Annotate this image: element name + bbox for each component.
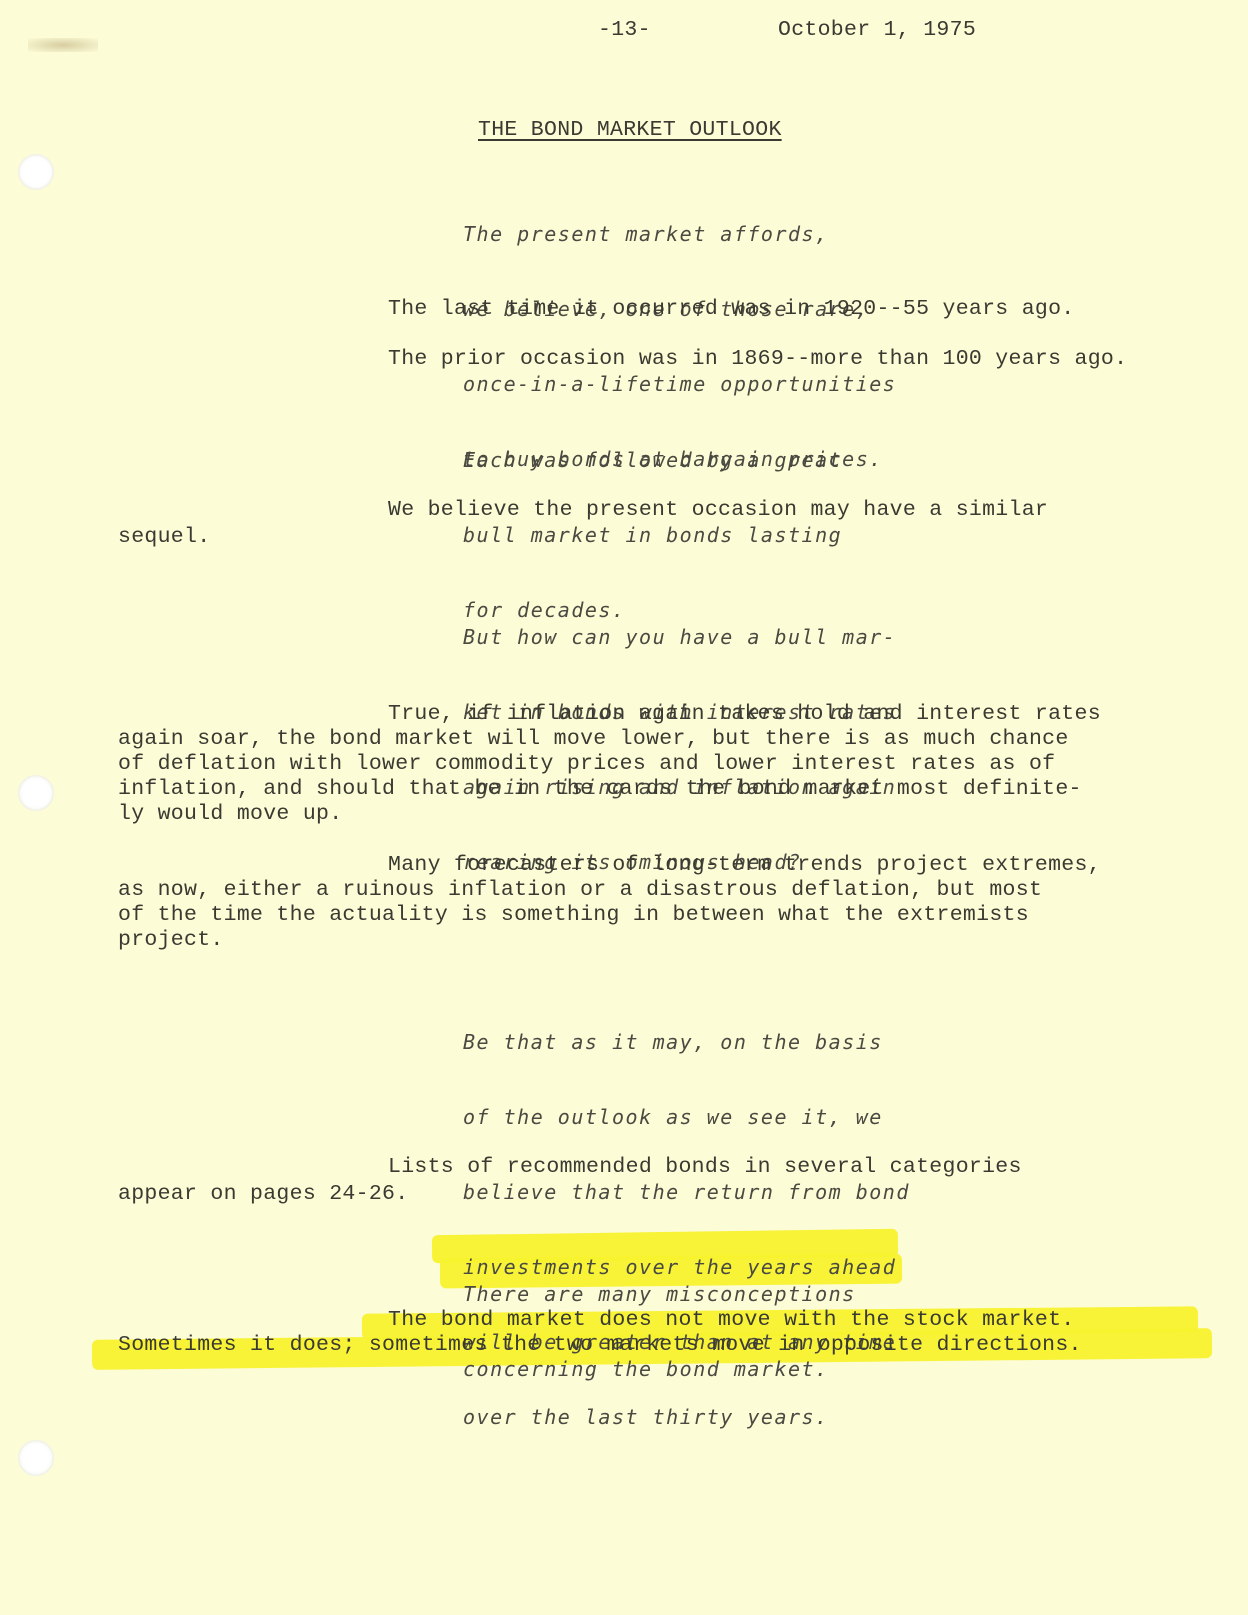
- page-number: -13-: [598, 18, 651, 43]
- quote-line: bull market in bonds lasting: [463, 523, 842, 548]
- paragraph-line: sequel.: [118, 525, 210, 550]
- punch-hole-bottom: [18, 1440, 54, 1476]
- paragraph-line: Lists of recommended bonds in several ca…: [388, 1155, 1022, 1180]
- quote-line: Be that as it may, on the basis: [463, 1030, 910, 1055]
- quote-line: Each was followed by a great: [463, 448, 842, 473]
- document-page: -13- October 1, 1975 THE BOND MARKET OUT…: [0, 0, 1248, 1615]
- paper-smudge: [28, 38, 98, 52]
- paragraph-line: of the time the actuality is something i…: [118, 903, 1029, 928]
- highlighted-paragraph-line: The bond market does not move with the s…: [388, 1308, 1075, 1333]
- punch-hole-middle: [18, 775, 54, 811]
- quote-line: of the outlook as we see it, we: [463, 1105, 910, 1130]
- paragraph: The last time it occurred was in 1920--5…: [388, 297, 1075, 322]
- paragraph-line: of deflation with lower commodity prices…: [118, 752, 1055, 777]
- paragraph: The prior occasion was in 1869--more tha…: [388, 347, 1127, 372]
- quote-line: There are many misconceptions: [463, 1282, 856, 1307]
- paragraph-line: again soar, the bond market will move lo…: [118, 727, 1069, 752]
- highlighted-paragraph-line: Sometimes it does; sometimes the two mar…: [118, 1333, 1082, 1358]
- paragraph-line: Many forecasters of long-term trends pro…: [388, 853, 1101, 878]
- paragraph-line: inflation, and should that be in the car…: [118, 777, 1082, 802]
- quote-line: concerning the bond market.: [463, 1357, 856, 1382]
- paragraph-line: We believe the present occasion may have…: [388, 498, 1048, 523]
- quote-line: believe that the return from bond: [463, 1180, 910, 1205]
- quote-line: But how can you have a bull mar-: [463, 625, 896, 650]
- paragraph-line: True, if inflation again takes hold and …: [388, 702, 1101, 727]
- quote-line: once-in-a-lifetime opportunities: [463, 372, 896, 397]
- punch-hole-top: [18, 154, 54, 190]
- document-date: October 1, 1975: [778, 18, 976, 43]
- paragraph-line: appear on pages 24-26.: [118, 1182, 408, 1207]
- paragraph-line: ly would move up.: [118, 802, 342, 827]
- quote-line: The present market affords,: [463, 222, 896, 247]
- paragraph-line: project.: [118, 928, 224, 953]
- document-title: THE BOND MARKET OUTLOOK: [478, 118, 782, 143]
- paragraph-line: as now, either a ruinous inflation or a …: [118, 878, 1042, 903]
